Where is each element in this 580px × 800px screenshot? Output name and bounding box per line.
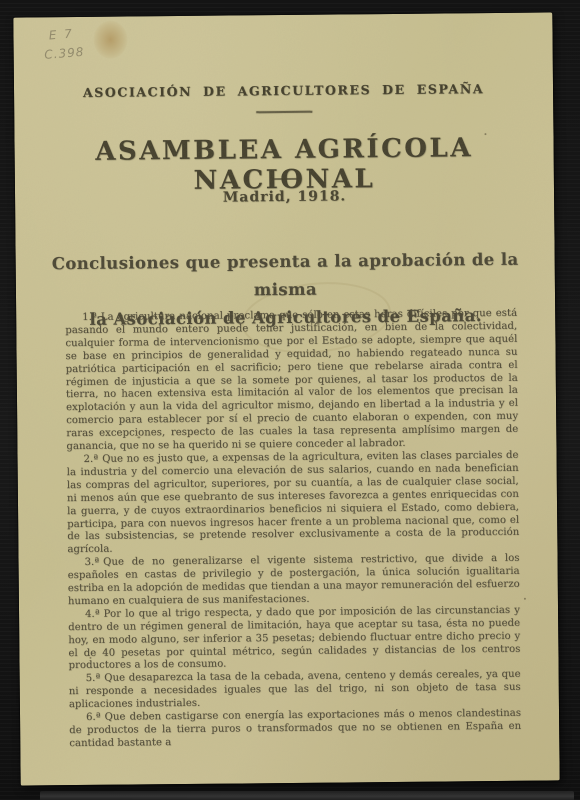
- conclusion-number: 6.ª: [86, 712, 105, 723]
- conclusion-paragraph-6: 6.ªQue deben castigarse con energía las …: [69, 708, 521, 751]
- divider-rule-small: [271, 178, 297, 180]
- conclusion-text: La agricultura nacional proclama que sól…: [65, 308, 518, 452]
- conclusion-paragraph-4: 4.ªPor lo que al trigo respecta, y dado …: [68, 605, 521, 674]
- conclusion-paragraph-5: 5.ªQue desaparezca la tasa de la cebada,…: [69, 669, 521, 712]
- conclusion-text: Que no es justo que, a expensas de la ag…: [67, 450, 520, 556]
- conclusion-text: Que desaparezca la tasa de la cebada, av…: [69, 669, 521, 710]
- document-page: E 7 C.398 ASOCIACIÓN DE AGRICULTORES DE …: [13, 12, 559, 785]
- conclusion-number: 4.ª: [85, 609, 104, 620]
- conclusion-text: Por lo que al trigo respecta, y dado que…: [68, 605, 520, 672]
- conclusion-number: 3.ª: [85, 557, 104, 568]
- paper-speck: [524, 598, 526, 600]
- conclusion-number: 2.ª: [84, 454, 103, 465]
- conclusion-paragraph-3: 3.ªQue de no generalizarse el vigente si…: [68, 553, 520, 609]
- heading-line-1: Conclusiones que presenta a la aprobació…: [52, 250, 519, 300]
- conclusion-paragraph-1: 1.ªLa agricultura nacional proclama que …: [65, 308, 518, 454]
- conclusion-text: Que de no generalizarse el vigente siste…: [68, 553, 520, 607]
- divider-rule: [256, 111, 312, 114]
- stain-mark: [93, 21, 127, 59]
- organization-name: ASOCIACIÓN DE AGRICULTORES DE ESPAÑA: [14, 80, 553, 100]
- conclusion-number: 5.ª: [86, 673, 105, 684]
- conclusion-text: Que deben castigarse con energía las exp…: [69, 708, 521, 749]
- conclusion-paragraph-2: 2.ªQue no es justo que, a expensas de la…: [67, 450, 520, 558]
- pencil-note-line2: C.398: [44, 43, 85, 65]
- scanner-bed-edge: [40, 791, 574, 800]
- conclusions-body: 1.ªLa agricultura nacional proclama que …: [65, 308, 521, 751]
- pencil-annotation: E 7 C.398: [48, 24, 85, 65]
- conclusion-number: 1.ª: [82, 312, 101, 323]
